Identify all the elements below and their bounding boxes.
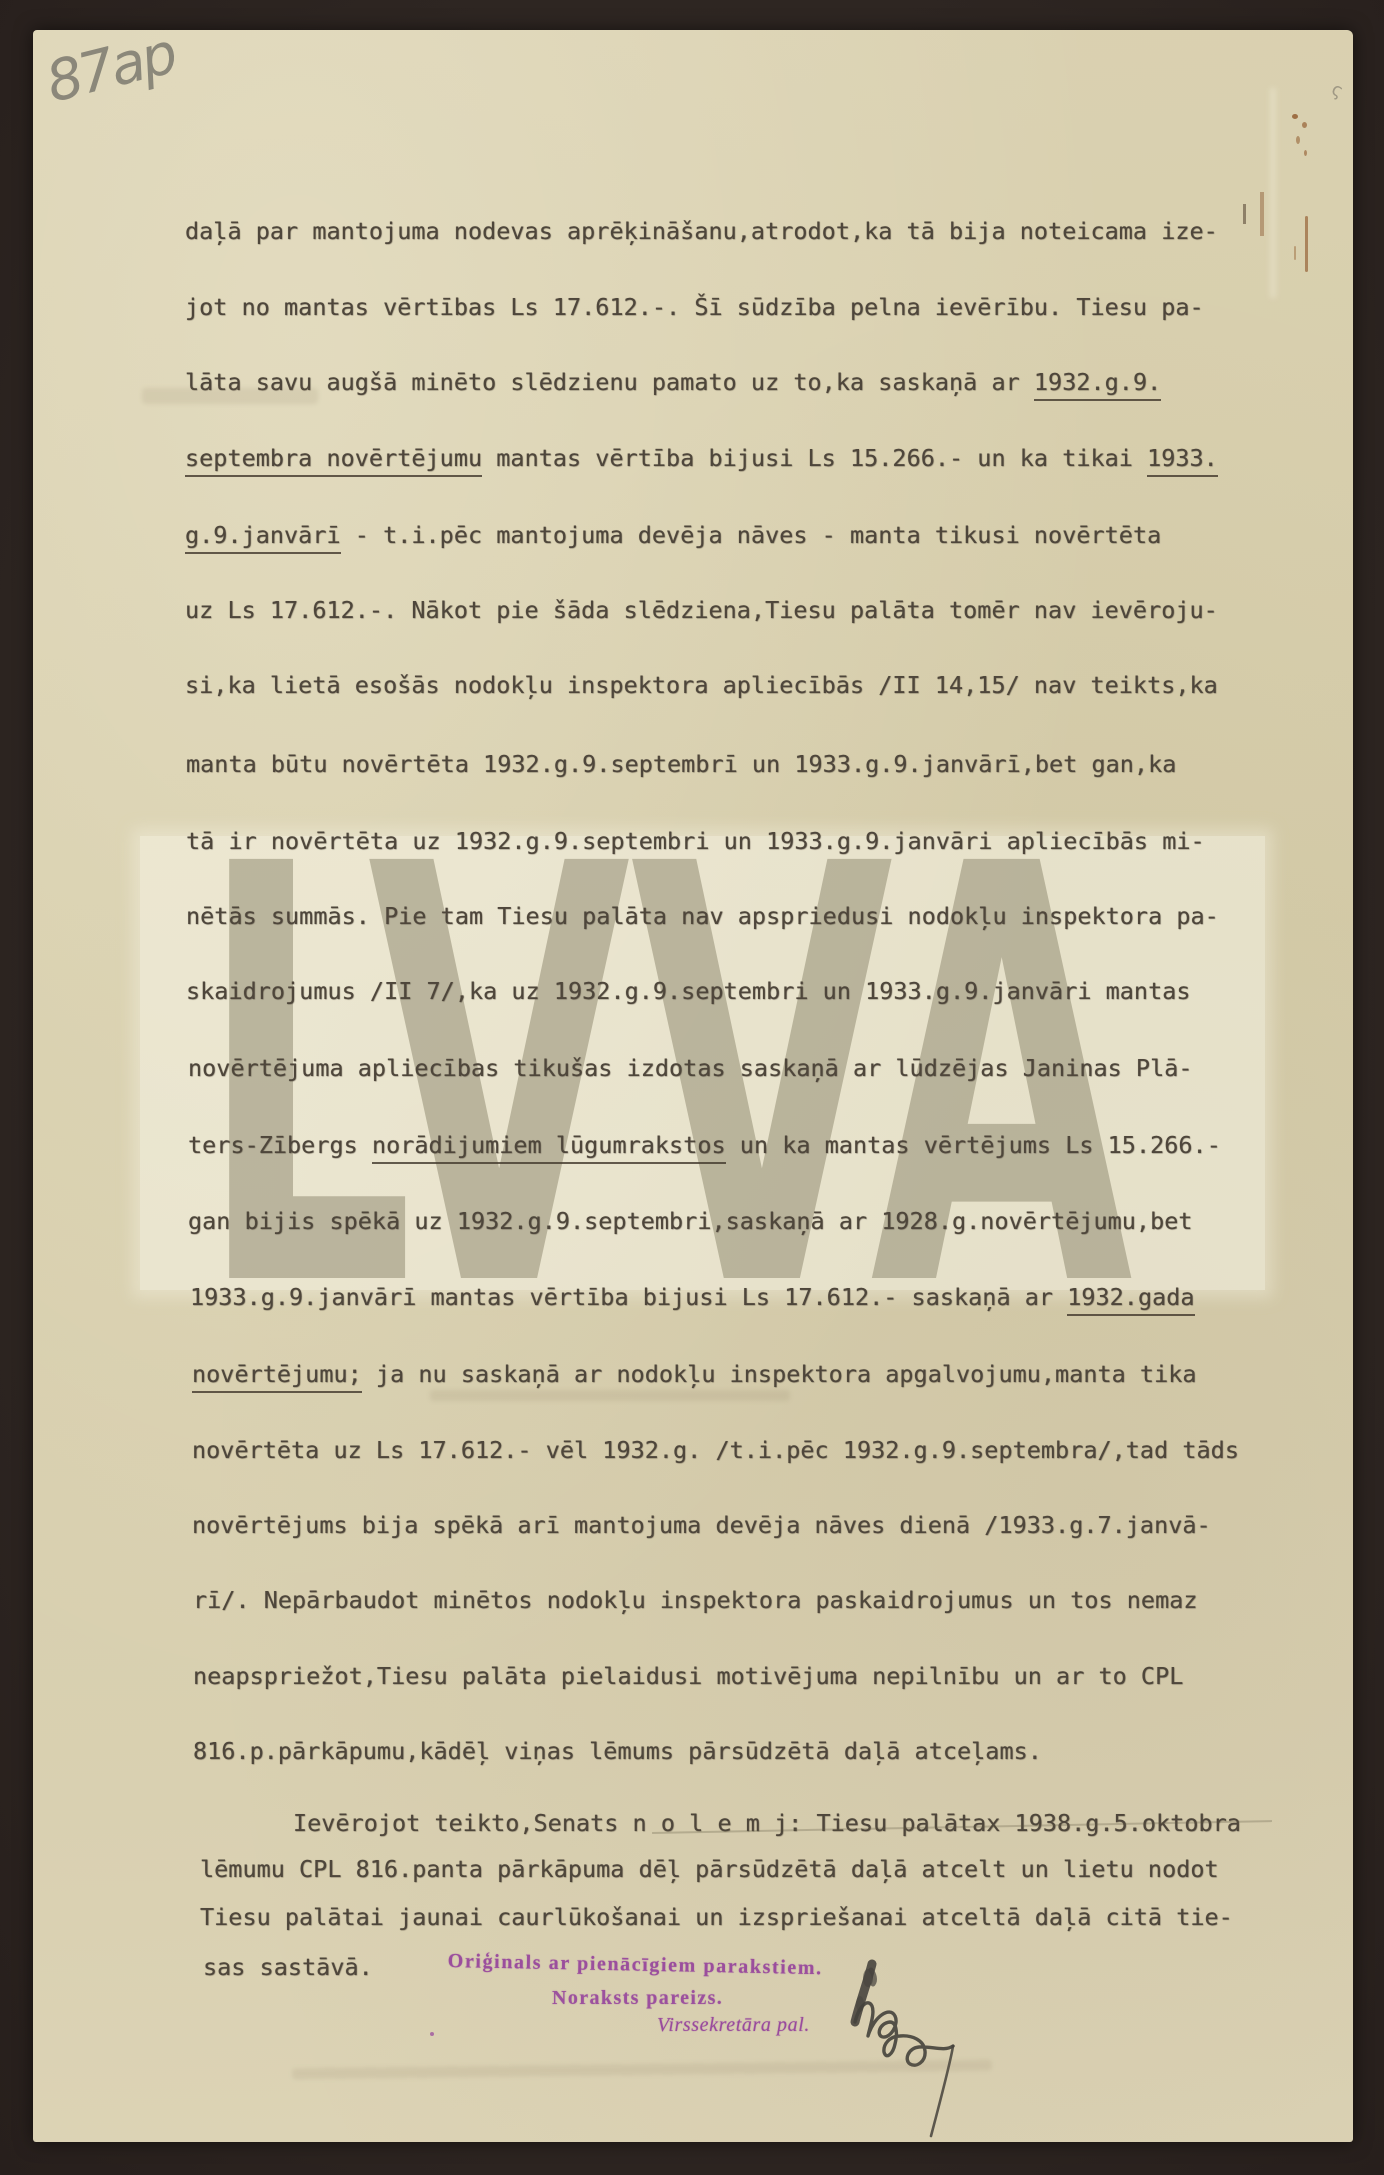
typed-line: novērtējumu; ja nu saskaņā ar nodokļu in…: [192, 1360, 1197, 1388]
typed-line: septembra novērtējumu mantas vērtība bij…: [185, 444, 1218, 472]
scan-backdrop: { "scan": { "backdrop_color": "#2e2622",…: [0, 0, 1384, 2175]
typed-text: ters-Zībergs: [188, 1131, 372, 1159]
typed-text: Tiesu palātai jaunai caurlūkošanai un iz…: [200, 1903, 1233, 1931]
typed-text: - t.i.pēc mantojuma devēja nāves - manta…: [341, 521, 1162, 549]
typed-text: 1933.g.9.janvārī mantas vērtība bijusi L…: [190, 1283, 1067, 1311]
stamp-ink-dot: [430, 2032, 434, 2036]
typed-line: neapspriežot,Tiesu palāta pielaidusi mot…: [193, 1662, 1183, 1690]
typed-text: manta būtu novērtēta 1932.g.9.septembrī …: [186, 750, 1176, 778]
typed-line: novērtējums bija spēkā arī mantojuma dev…: [192, 1511, 1211, 1539]
typed-line: si,ka lietā esošās nodokļu inspektora ap…: [185, 671, 1218, 699]
typed-text: sas sastāvā.: [203, 1953, 373, 1981]
underlined-text: 1933.: [1147, 444, 1218, 477]
typed-line: sas sastāvā.: [203, 1953, 373, 1981]
underlined-text: 1932.gada: [1067, 1283, 1194, 1316]
rust-streak: [1305, 216, 1308, 272]
typed-line: manta būtu novērtēta 1932.g.9.septembrī …: [186, 750, 1176, 778]
stamp-chief-secretary-assistant: Virssekretāra pal.: [657, 2014, 810, 2037]
ink-mark: [1243, 204, 1246, 224]
stamp-copy-correct: Noraksts pareizs.: [552, 1987, 723, 2010]
ghost-text-smudge: [430, 1390, 790, 1401]
typed-line: uz Ls 17.612.-. Nākot pie šāda slēdziena…: [185, 596, 1218, 624]
typed-text: rī/. Nepārbaudot minētos nodokļu inspekt…: [193, 1586, 1198, 1614]
underlined-text: novērtējumu;: [192, 1360, 362, 1393]
typed-line: 1933.g.9.janvārī mantas vērtība bijusi L…: [190, 1283, 1195, 1311]
typed-line: novērtēta uz Ls 17.612.- vēl 1932.g. /t.…: [192, 1436, 1239, 1464]
typed-line: g.9.janvārī - t.i.pēc mantojuma devēja n…: [185, 521, 1161, 549]
typed-line: lāta savu augšā minēto slēdzienu pamato …: [185, 368, 1161, 396]
ink-mark: [1260, 192, 1264, 236]
typed-line: Tiesu palātai jaunai caurlūkošanai un iz…: [200, 1903, 1233, 1931]
rust-stain-cluster: [1290, 112, 1312, 160]
underlined-text: norādijumiem lūgumrakstos: [372, 1131, 726, 1164]
underlined-text: 1932.g.9.: [1034, 368, 1161, 401]
typed-line: tā ir novērtēta uz 1932.g.9.septembri un…: [186, 827, 1205, 855]
ghost-text-smudge: [142, 388, 318, 404]
typed-text: un ka mantas vērtējums Ls 15.266.-: [726, 1131, 1221, 1159]
typed-text: novērtēta uz Ls 17.612.- vēl 1932.g. /t.…: [192, 1436, 1239, 1464]
typed-line: ters-Zībergs norādijumiem lūgumrakstos u…: [188, 1131, 1221, 1159]
typed-text: ja nu saskaņā ar nodokļu inspektora apga…: [362, 1360, 1197, 1388]
stamp-original-signatures: Oriģinals ar pienācīgiem parakstiem.: [448, 1950, 823, 1980]
typed-text: mantas vērtība bijusi Ls 15.266.- un ka …: [482, 444, 1147, 472]
handwritten-signature: [838, 1956, 1013, 2151]
typed-text: jot no mantas vērtības Ls 17.612.-. Šī s…: [185, 293, 1204, 321]
typed-text: 816.p.pārkāpumu,kādēļ viņas lēmums pārsū…: [193, 1737, 1042, 1765]
typed-line: gan bijis spēkā uz 1932.g.9.septembri,sa…: [188, 1207, 1193, 1235]
pencil-squiggle: ς: [1328, 79, 1346, 102]
typed-text: gan bijis spēkā uz 1932.g.9.septembri,sa…: [188, 1207, 1193, 1235]
typed-text: skaidrojumus /II 7/,ka uz 1932.g.9.septe…: [186, 977, 1191, 1005]
typed-text: neapspriežot,Tiesu palāta pielaidusi mot…: [193, 1662, 1183, 1690]
typed-text: uz Ls 17.612.-. Nākot pie šāda slēdziena…: [185, 596, 1218, 624]
typed-text: lēmumu CPL 816.panta pārkāpuma dēļ pārsū…: [200, 1855, 1219, 1883]
typed-text: daļā par mantojuma nodevas aprēķināšanu,…: [185, 217, 1218, 245]
paper-crease: [1270, 88, 1276, 298]
underlined-text: g.9.janvārī: [185, 521, 341, 554]
typed-line: skaidrojumus /II 7/,ka uz 1932.g.9.septe…: [186, 977, 1191, 1005]
typed-text: novērtējuma apliecības tikušas izdotas s…: [188, 1054, 1193, 1082]
typed-line: nētās summās. Pie tam Tiesu palāta nav a…: [186, 902, 1219, 930]
typed-line: lēmumu CPL 816.panta pārkāpuma dēļ pārsū…: [200, 1855, 1219, 1883]
typed-text: si,ka lietā esošās nodokļu inspektora ap…: [185, 671, 1218, 699]
typed-line: rī/. Nepārbaudot minētos nodokļu inspekt…: [193, 1586, 1198, 1614]
typed-text: nētās summās. Pie tam Tiesu palāta nav a…: [186, 902, 1219, 930]
typed-line: daļā par mantojuma nodevas aprēķināšanu,…: [185, 217, 1218, 245]
typed-line: novērtējuma apliecības tikušas izdotas s…: [188, 1054, 1193, 1082]
rust-streak: [1294, 246, 1296, 260]
typed-text: tā ir novērtēta uz 1932.g.9.septembri un…: [186, 827, 1205, 855]
pencil-page-annotation: 87ap: [40, 21, 181, 115]
underlined-text: septembra novērtējumu: [185, 444, 482, 477]
typed-line: jot no mantas vērtības Ls 17.612.-. Šī s…: [185, 293, 1204, 321]
typed-line: 816.p.pārkāpumu,kādēļ viņas lēmums pārsū…: [193, 1737, 1042, 1765]
typed-text: novērtējums bija spēkā arī mantojuma dev…: [192, 1511, 1211, 1539]
document-page: 87ap LVVA daļā par mantojuma nodevas apr…: [33, 30, 1353, 2142]
